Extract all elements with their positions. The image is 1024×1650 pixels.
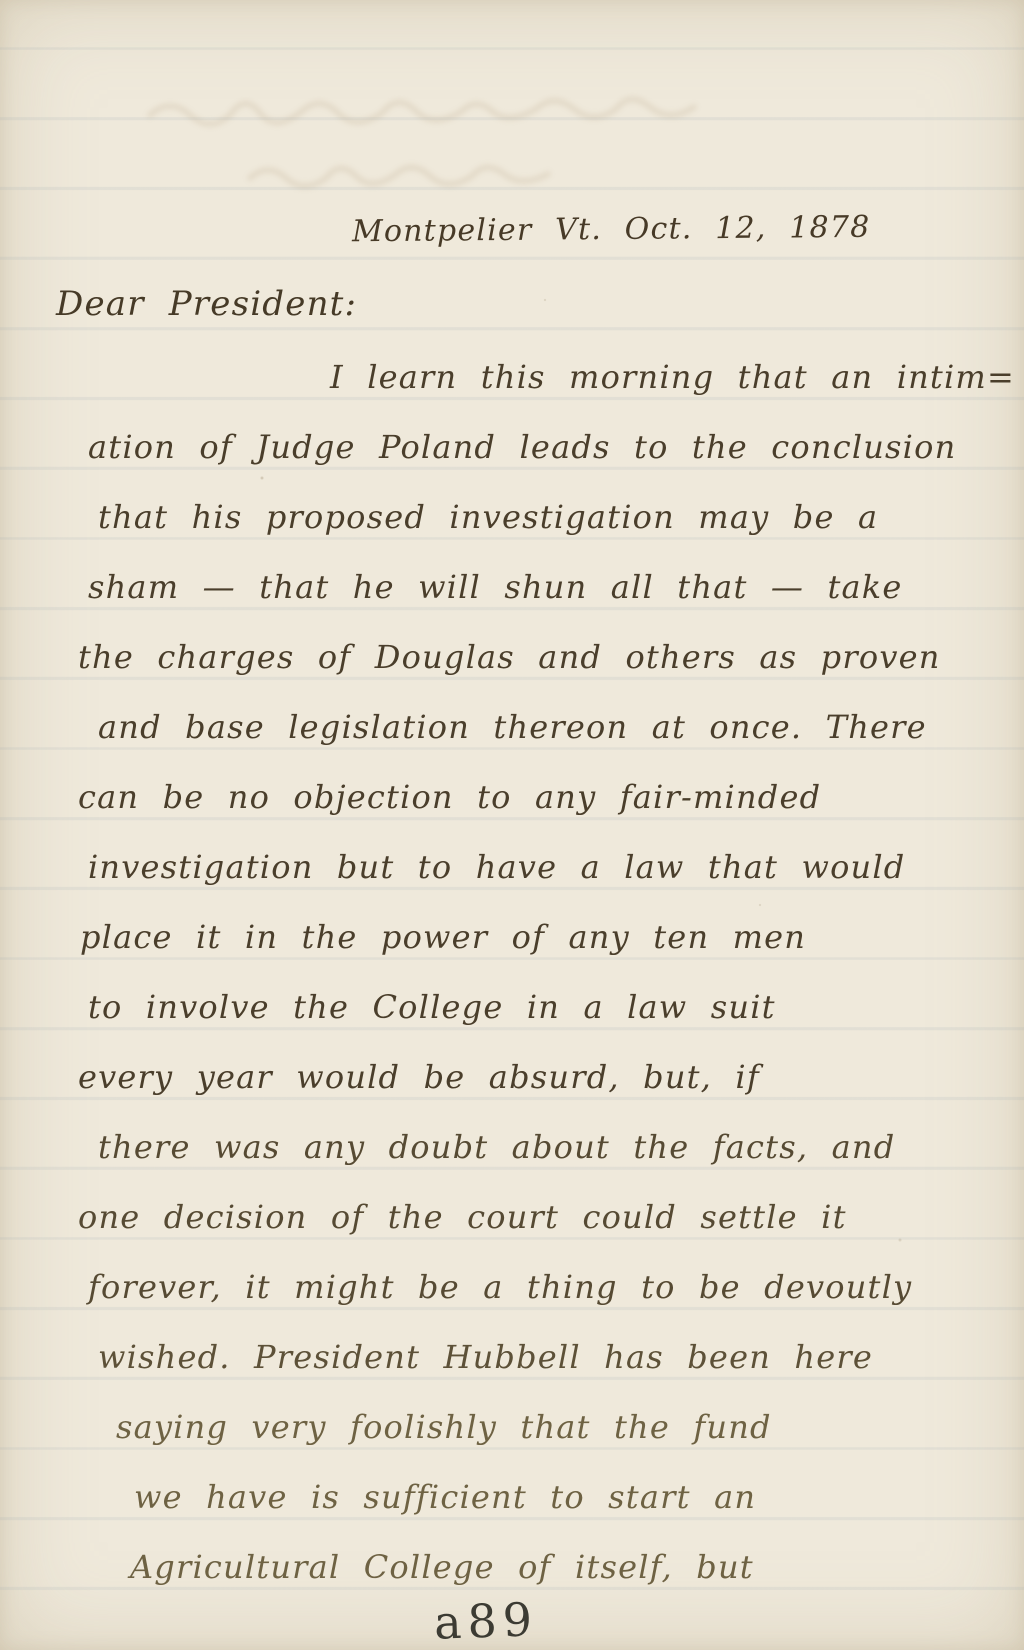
page-number-annotation: a89 <box>433 1592 539 1650</box>
handwritten-line: I learn this morning that an intim= <box>78 346 988 416</box>
handwritten-line: can be no objection to any fair-minded <box>78 766 988 836</box>
handwritten-line: place it in the power of any ten men <box>80 906 988 976</box>
letter-page: Montpelier Vt. Oct. 12, 1878 Dear Presid… <box>0 0 1024 1650</box>
handwritten-line: sham — that he will shun all that — take <box>88 556 988 626</box>
handwritten-line: the charges of Douglas and others as pro… <box>78 626 988 696</box>
letter-salutation: Dear President: <box>56 284 357 324</box>
handwritten-line: saying very foolishly that the fund <box>116 1396 988 1466</box>
handwritten-line: there was any doubt about the facts, and <box>98 1116 988 1186</box>
letter-body: I learn this morning that an intim= atio… <box>78 346 988 1606</box>
handwritten-line: investigation but to have a law that wou… <box>88 836 988 906</box>
handwritten-line: every year would be absurd, but, if <box>78 1046 988 1116</box>
handwritten-line: to involve the College in a law suit <box>88 976 988 1046</box>
handwritten-line: ation of Judge Poland leads to the concl… <box>88 416 988 486</box>
handwritten-line: we have is sufficient to start an <box>134 1466 988 1536</box>
handwritten-line: wished. President Hubbell has been here <box>98 1326 988 1396</box>
handwritten-line: one decision of the court could settle i… <box>78 1186 988 1256</box>
handwritten-line: and base legislation thereon at once. Th… <box>98 696 988 766</box>
handwritten-line: that his proposed investigation may be a <box>98 486 988 556</box>
handwritten-line: forever, it might be a thing to be devou… <box>88 1256 988 1326</box>
letter-dateline: Montpelier Vt. Oct. 12, 1878 <box>352 210 871 250</box>
bleed-through-ghost-writing <box>0 0 1024 320</box>
handwritten-line: Agricultural College of itself, but <box>130 1536 988 1606</box>
